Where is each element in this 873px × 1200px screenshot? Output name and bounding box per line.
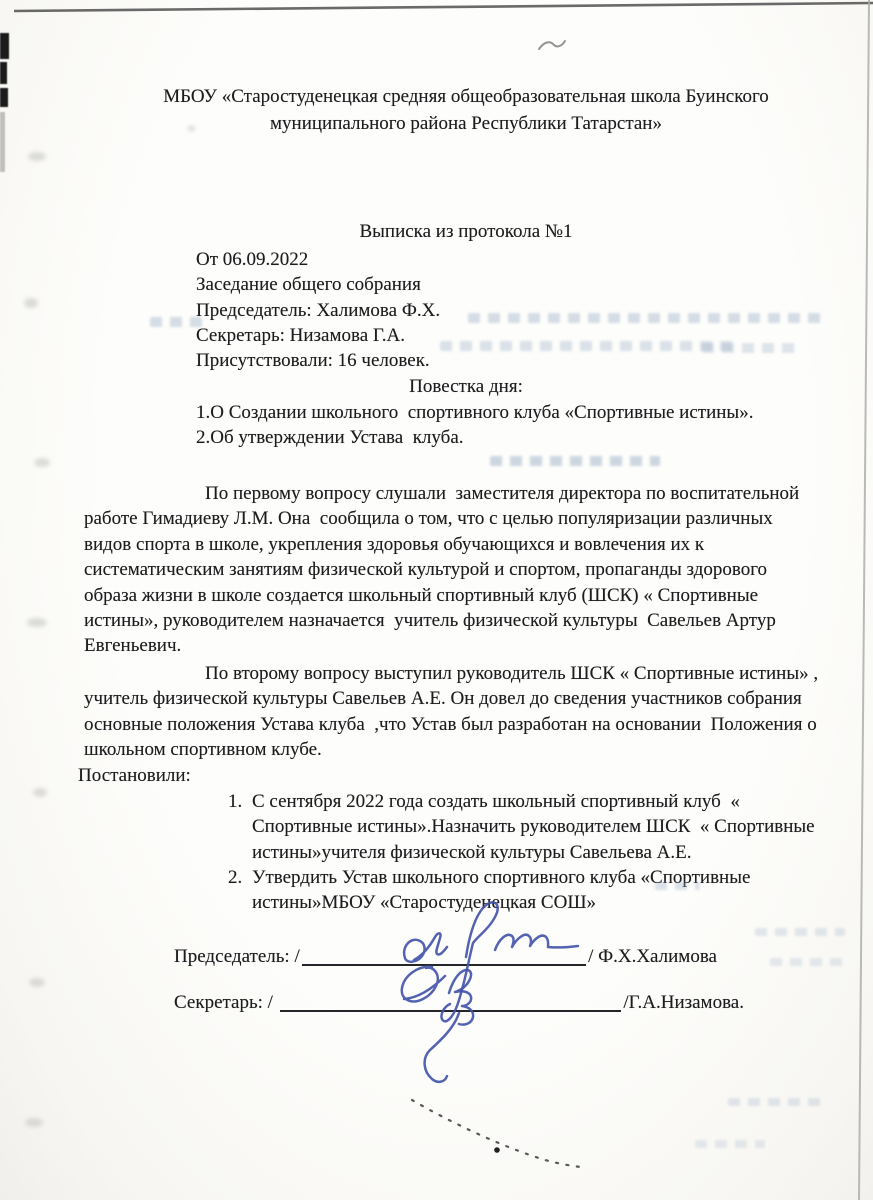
meta-chairperson: Председатель: Халимова Ф.Х. [196, 298, 440, 323]
bleedthrough-ghost-text [755, 928, 845, 936]
resolution-heading: Постановили: [78, 763, 191, 788]
resolution-item-2-text: Утвердить Устав школьного спортивного кл… [252, 865, 832, 916]
scan-top-edge-line [14, 3, 873, 11]
meta-secretary: Секретарь: Низамова Г.А. [196, 323, 405, 348]
signature-row-chairperson: Председатель: / / Ф.Х.Халимова [174, 944, 717, 969]
bleedthrough-ghost-text [150, 317, 204, 327]
signature-row-secretary: Секретарь: / /Г.А.Низамова. [174, 990, 744, 1015]
resolution-item-1-text: С сентября 2022 года создать школьный сп… [252, 789, 832, 865]
meta-date: От 06.09.2022 [196, 247, 308, 272]
signature-name-chairperson: / Ф.Х.Халимова [588, 944, 717, 969]
scan-fleck [25, 1118, 43, 1127]
bleedthrough-ghost-text [440, 341, 740, 351]
fold-crease-dot [494, 1147, 500, 1153]
body-paragraph-1: По первому вопросу слушали заместителя д… [84, 481, 822, 659]
meta-meeting-type: Заседание общего собрания [196, 272, 421, 297]
agenda-item-1: 1.О Создании школьного спортивного клуба… [196, 400, 753, 425]
bleedthrough-ghost-text [695, 1140, 765, 1148]
document-header-line-1: МБОУ «Старостуденецкая средняя общеобраз… [84, 84, 848, 109]
scan-fleck [33, 788, 47, 797]
signature-name-secretary: /Г.А.Низамова. [623, 990, 744, 1015]
resolution-item-1: 1. С сентября 2022 года создать школьный… [228, 789, 832, 865]
fold-crease-line [412, 1100, 581, 1167]
bleedthrough-ghost-text [728, 1098, 828, 1106]
bleedthrough-ghost-text [770, 958, 845, 966]
scan-fleck [24, 298, 38, 308]
scan-fleck [29, 978, 45, 987]
bleedthrough-ghost-text [468, 313, 824, 323]
signature-blank-line-chairperson [302, 964, 586, 966]
resolution-item-2-number: 2. [228, 865, 252, 916]
scanned-document-page: МБОУ «Старостуденецкая средняя общеобраз… [0, 0, 873, 1200]
document-header-line-2: муниципального района Республики Татарст… [84, 111, 848, 136]
bleedthrough-ghost-text [702, 343, 802, 353]
signature-blank-line-secretary [280, 1010, 622, 1012]
resolution-item-2: 2. Утвердить Устав школьного спортивного… [228, 865, 832, 916]
signature-label-chairperson: Председатель: / [174, 944, 300, 969]
bleedthrough-ghost-text [655, 882, 700, 890]
bleedthrough-ghost-text [490, 456, 660, 466]
secretary-signature-ink [402, 967, 473, 1082]
meta-attendees: Присутствовали: 16 человек. [196, 348, 430, 373]
scan-fleck [28, 152, 46, 161]
scan-fleck [34, 458, 50, 467]
signature-label-secretary: Секретарь: / [174, 990, 278, 1015]
scan-edge-artifact [0, 88, 8, 107]
agenda-item-2: 2.Об утверждении Устава клуба. [196, 425, 464, 450]
scan-fleck [188, 126, 195, 131]
scan-edge-artifact [0, 62, 7, 84]
agenda-heading: Повестка дня: [84, 374, 848, 399]
document-title: Выписка из протокола №1 [84, 219, 848, 244]
scan-edge-artifact [0, 33, 9, 59]
scan-fleck [27, 618, 47, 627]
scan-edge-artifact [0, 112, 5, 172]
pen-squiggle-mark [539, 41, 565, 49]
scan-right-edge-line [859, 0, 869, 1200]
resolution-item-1-number: 1. [228, 789, 252, 865]
body-paragraph-2: По второму вопросу выступил руководитель… [84, 661, 822, 763]
